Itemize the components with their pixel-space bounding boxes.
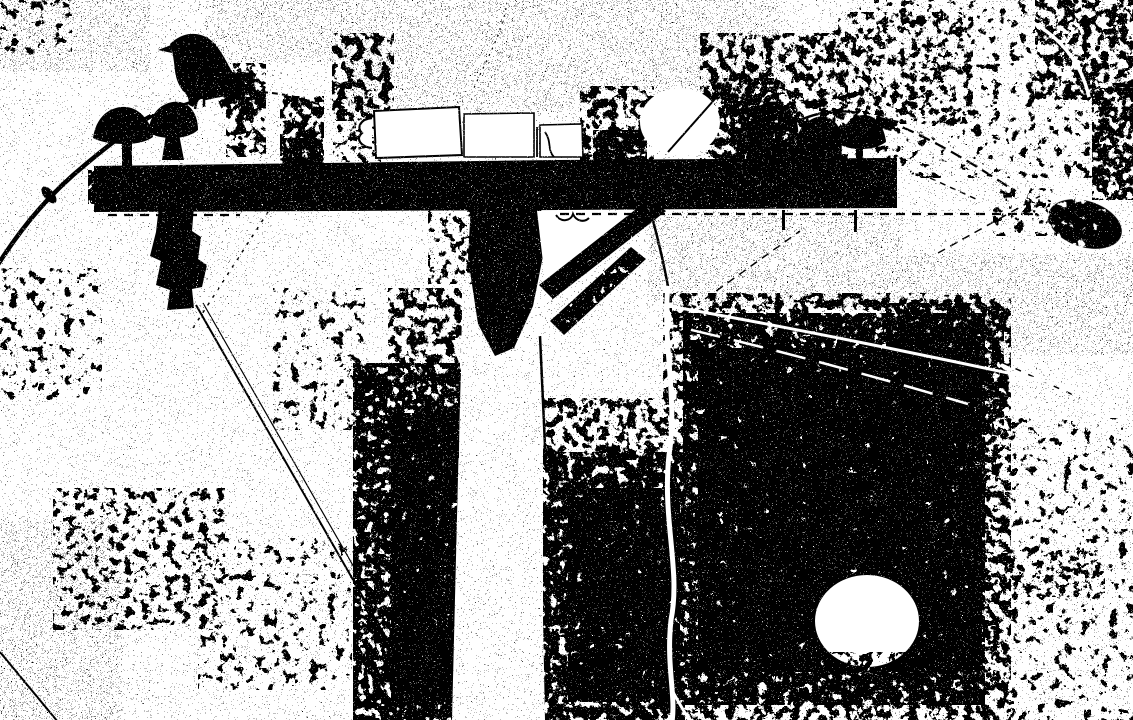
halftone-pinholes [0, 0, 1133, 720]
thresholded-photo [0, 0, 1133, 720]
photo-canvas [0, 0, 1133, 720]
